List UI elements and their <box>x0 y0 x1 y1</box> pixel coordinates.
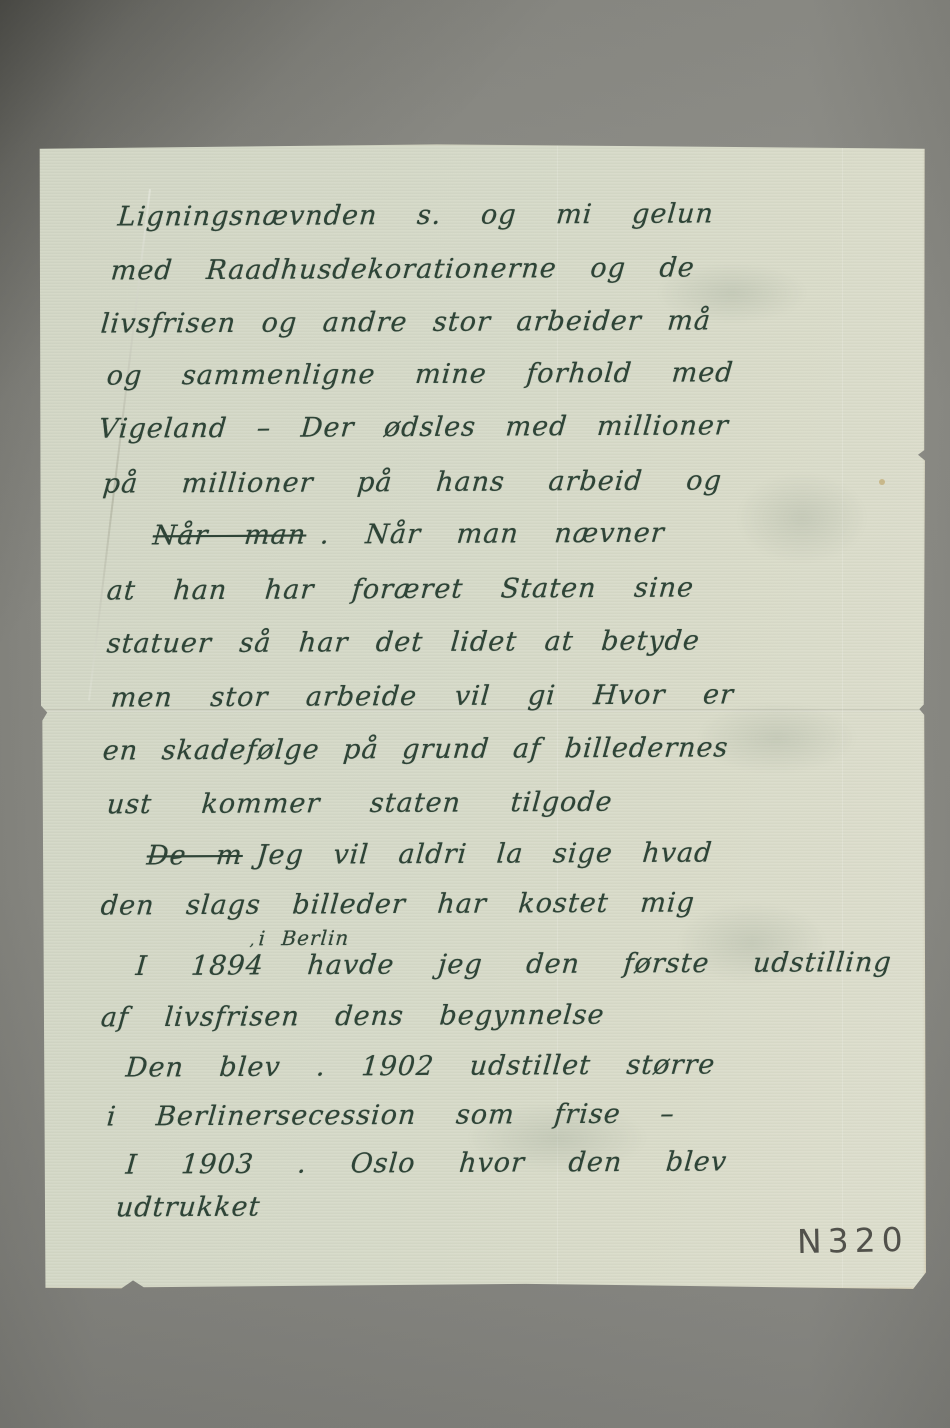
handwriting-line: den slags billeder har kostet mig <box>100 887 697 921</box>
handwriting-line: og sammenligne mine forhold med <box>106 357 735 391</box>
paper-chain-line <box>842 143 843 1289</box>
handwriting-line: statuer så har det lidet at betyde <box>106 625 702 659</box>
photo-background: Ligningsnævnden s. og mi gelun med Raadh… <box>0 0 950 1428</box>
line-text: en skadefølge på grund af billedernes <box>102 732 730 766</box>
line-text: ust kommer staten tilgode <box>106 787 614 821</box>
bleedthrough-smudge <box>737 473 867 563</box>
line-text: I 1903 . Oslo hvor den blev <box>125 1146 729 1180</box>
line-text: den slags billeder har kostet mig <box>100 887 697 921</box>
manuscript-page: Ligningsnævnden s. og mi gelun med Raadh… <box>37 143 926 1289</box>
handwriting-line: livsfrisen og andre stor arbeider må <box>100 305 713 339</box>
handwriting-line: Når man. Når man nævner <box>152 518 666 552</box>
inserted-word: ‚i Berlin <box>249 926 350 951</box>
line-text: og sammenligne mine forhold med <box>106 357 735 391</box>
handwriting-line: ust kommer staten tilgode <box>106 787 614 821</box>
line-text: at han har foræret Staten sine <box>106 572 696 606</box>
line-text: Vigeland – Der ødsles med millioner <box>98 410 731 444</box>
handwriting-line: at han har foræret Staten sine <box>106 572 696 606</box>
handwriting-line: en skadefølge på grund af billedernes <box>102 732 730 766</box>
line-text: Den blev . 1902 udstillet større <box>125 1049 717 1083</box>
line-text: men stor arbeide vil gi Hvor er <box>110 679 736 713</box>
line-text: i Berlin <box>258 926 351 950</box>
line-text: statuer så har det lidet at betyde <box>106 625 702 659</box>
struck-text: Når man <box>152 520 308 552</box>
line-text: på millioner på hans arbeid og <box>102 465 724 499</box>
line-text: af livsfrisen dens begynnelse <box>100 1000 606 1034</box>
handwriting-line: på millioner på hans arbeid og <box>102 465 724 499</box>
insertion-caret: ‚ <box>249 931 256 949</box>
handwriting-line: men stor arbeide vil gi Hvor er <box>110 679 736 713</box>
line-text: med Raadhusdekorationerne og de <box>110 252 697 286</box>
handwriting-line: udtrukket <box>115 1192 262 1224</box>
handwriting-line: Vigeland – Der ødsles med millioner <box>98 410 731 444</box>
handwriting-line: De mJeg vil aldri la sige hvad <box>146 838 714 872</box>
struck-text: De m <box>146 840 244 872</box>
handwriting-line: I 1894 havde jeg den første udstilling <box>135 947 893 982</box>
line-text: i Berlinersecession som frise – <box>106 1099 677 1133</box>
line-text: Jeg vil aldri la sige hvad <box>255 838 713 871</box>
line-text: livsfrisen og andre stor arbeider må <box>100 305 713 339</box>
line-text: Ligningsnævnden s. og mi gelun <box>117 198 716 232</box>
handwriting-line: I 1903 . Oslo hvor den blev <box>125 1146 729 1180</box>
paper-fleck <box>879 479 885 485</box>
catalog-number: N320 <box>797 1220 909 1261</box>
handwriting-line: Den blev . 1902 udstillet større <box>125 1049 717 1083</box>
handwriting-line: med Raadhusdekorationerne og de <box>110 252 697 286</box>
line-text: . Når man nævner <box>319 518 666 551</box>
handwriting-line: Ligningsnævnden s. og mi gelun <box>117 198 716 232</box>
line-text: udtrukket <box>115 1192 262 1224</box>
line-text: I 1894 havde jeg den første udstilling <box>135 947 893 982</box>
handwriting-line: af livsfrisen dens begynnelse <box>100 1000 606 1034</box>
handwriting-line: i Berlinersecession som frise – <box>106 1099 677 1133</box>
